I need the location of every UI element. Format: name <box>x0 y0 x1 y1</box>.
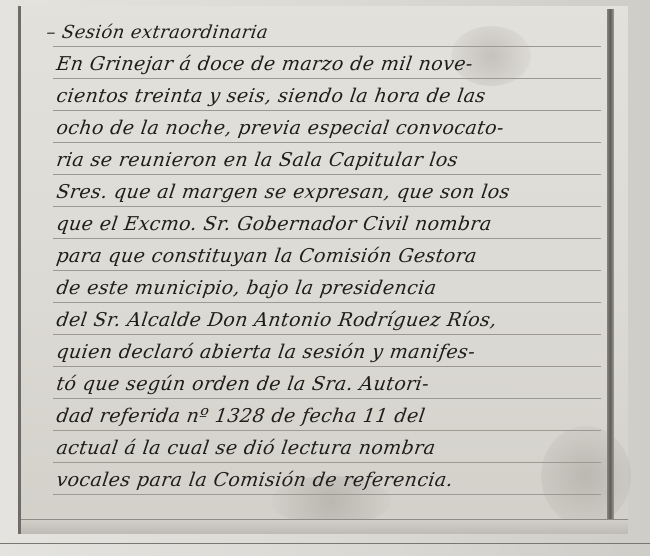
ruled-line <box>53 78 601 79</box>
text-line-9: del Sr. Alcalde Don Antonio Rodríguez Rí… <box>55 309 606 331</box>
ruled-line <box>53 270 601 271</box>
ruled-line <box>53 142 601 143</box>
text-line-3: ocho de la noche, previa especial convoc… <box>55 117 606 139</box>
ruled-line <box>53 494 601 495</box>
session-heading: – Sesión extraordinaria <box>45 22 596 43</box>
ruled-line <box>53 110 601 111</box>
text-line-7: para que constituyan la Comisión Gestora <box>55 245 606 267</box>
text-line-10: quien declaró abierta la sesión y manife… <box>55 341 606 363</box>
ruled-line <box>53 46 601 47</box>
text-line-13: actual á la cual se dió lectura nombra <box>55 437 606 459</box>
ruled-line <box>53 398 601 399</box>
text-line-14: vocales para la Comisión de referencia. <box>55 469 606 491</box>
page-bottom-edge <box>21 519 628 534</box>
text-line-6: que el Excmo. Sr. Gobernador Civil nombr… <box>55 213 606 235</box>
text-line-11: tó que según orden de la Sra. Autori- <box>55 373 606 395</box>
text-line-2: cientos treinta y seis, siendo la hora d… <box>55 85 606 107</box>
right-margin-border <box>607 9 614 521</box>
ruled-line <box>53 462 601 463</box>
text-line-4: ria se reunieron en la Sala Capitular lo… <box>55 149 606 171</box>
ruled-line <box>53 366 601 367</box>
text-line-5: Sres. que al margen se expresan, que son… <box>55 181 606 203</box>
scan-bottom-edge <box>0 543 650 544</box>
ruled-line <box>53 174 601 175</box>
ruled-line <box>53 206 601 207</box>
text-line-12: dad referida nº 1328 de fecha 11 del <box>55 405 606 427</box>
ruled-line <box>53 302 601 303</box>
ruled-line <box>53 430 601 431</box>
document-page: – Sesión extraordinaria En Grinejar á do… <box>18 6 628 534</box>
ruled-line <box>53 334 601 335</box>
text-line-8: de este municipio, bajo la presidencia <box>55 277 606 299</box>
text-line-1: En Grinejar á doce de marzo de mil nove- <box>55 53 606 75</box>
ruled-line <box>53 238 601 239</box>
